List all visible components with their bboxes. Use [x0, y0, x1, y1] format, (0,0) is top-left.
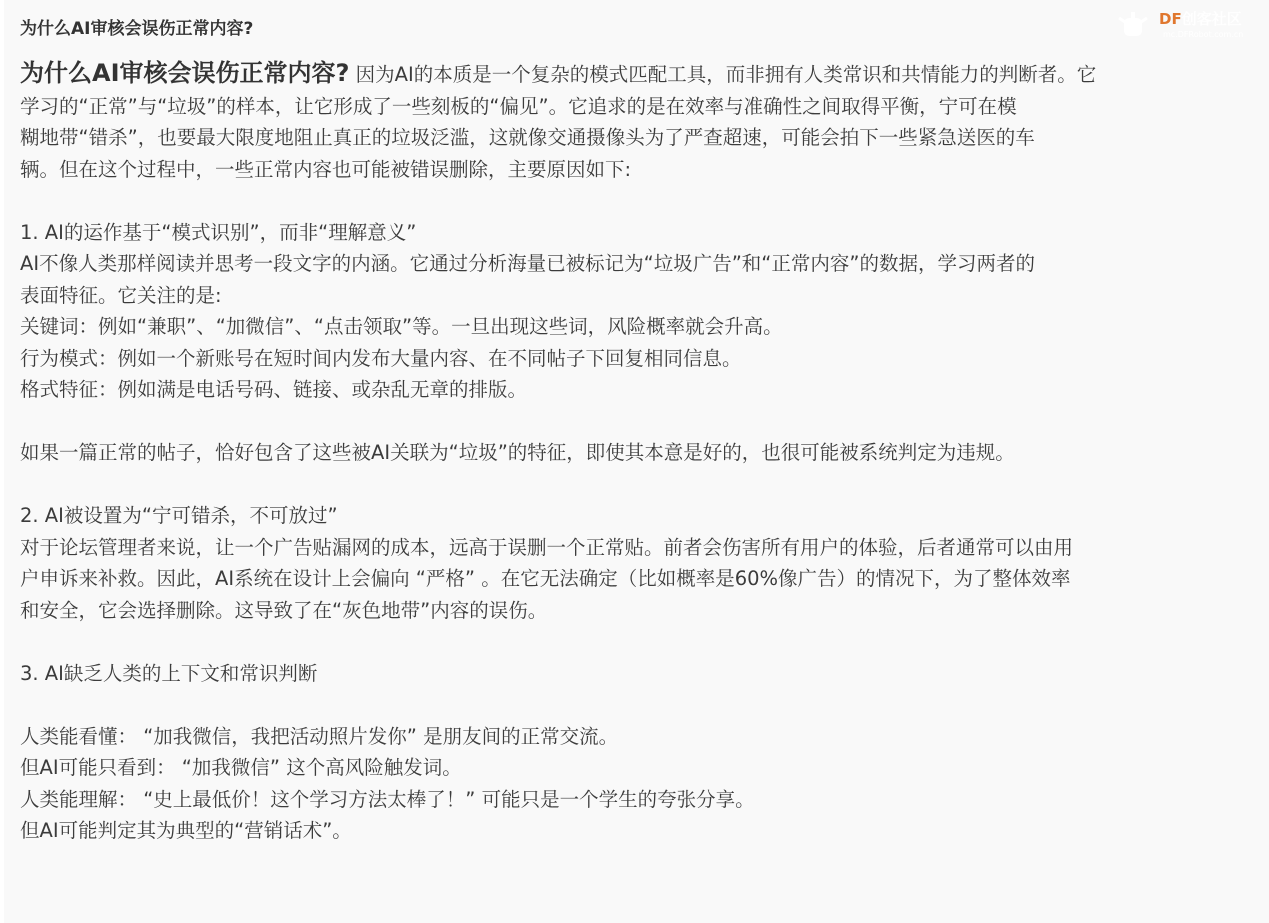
- section-3-heading: 3. AI缺乏人类的上下文和常识判断: [20, 658, 1260, 690]
- spacer: [20, 185, 1260, 217]
- section-3-example-4: 但AI可能判定其为典型的“营销话术”。: [20, 815, 1260, 847]
- spacer: [20, 626, 1260, 658]
- intro-paragraph: 为什么AI审核会误伤正常内容? 因为AI的本质是一个复杂的模式匹配工具，而非拥有…: [20, 58, 1260, 185]
- lead-heading: 为什么AI审核会误伤正常内容?: [20, 59, 349, 87]
- section-1-conclusion: 如果一篇正常的帖子，恰好包含了这些被AI关联为“垃圾”的特征，即使其本意是好的，…: [20, 437, 1260, 469]
- watermark-brand: DF创客社区: [1159, 8, 1242, 29]
- section-1-heading: 1. AI的运作基于“模式识别”，而非“理解意义”: [20, 217, 1260, 249]
- section-3-example-3: 人类能理解： “史上最低价！这个学习方法太棒了！” 可能只是一个学生的夸张分享。: [20, 784, 1260, 816]
- page-title: 为什么AI审核会误伤正常内容?: [20, 14, 253, 39]
- spacer: [20, 469, 1260, 501]
- section-1-text: AI不像人类那样阅读并思考一段文字的内涵。它通过分析海量已被标记为“垃圾广告”和…: [20, 248, 1260, 311]
- spacer: [20, 406, 1260, 438]
- section-3-example-2: 但AI可能只看到： “加我微信” 这个高风险触发词。: [20, 752, 1260, 784]
- spacer: [20, 689, 1260, 721]
- article-page: 为什么AI审核会误伤正常内容? DF创客社区 mc.DFRobot.com.cn…: [4, 0, 1269, 923]
- section-1-format: 格式特征：例如满是电话号码、链接、或杂乱无章的排版。: [20, 374, 1260, 406]
- watermark-url: mc.DFRobot.com.cn: [1163, 30, 1243, 39]
- section-1-behavior: 行为模式：例如一个新账号在短时间内发布大量内容、在不同帖子下回复相同信息。: [20, 343, 1260, 375]
- section-3-example-1: 人类能看懂： “加我微信，我把活动照片发你” 是朋友间的正常交流。: [20, 721, 1260, 753]
- section-2-text: 对于论坛管理者来说，让一个广告贴漏网的成本，远高于误删一个正常贴。前者会伤害所有…: [20, 532, 1260, 627]
- section-1-keywords: 关键词：例如“兼职”、“加微信”、“点击领取”等。一旦出现这些词，风险概率就会升…: [20, 311, 1260, 343]
- article-body: 为什么AI审核会误伤正常内容? 因为AI的本质是一个复杂的模式匹配工具，而非拥有…: [20, 58, 1260, 847]
- robot-logo-icon: [1115, 10, 1151, 40]
- dfrobot-watermark: DF创客社区 mc.DFRobot.com.cn: [1115, 4, 1265, 46]
- section-2-heading: 2. AI被设置为“宁可错杀，不可放过”: [20, 500, 1260, 532]
